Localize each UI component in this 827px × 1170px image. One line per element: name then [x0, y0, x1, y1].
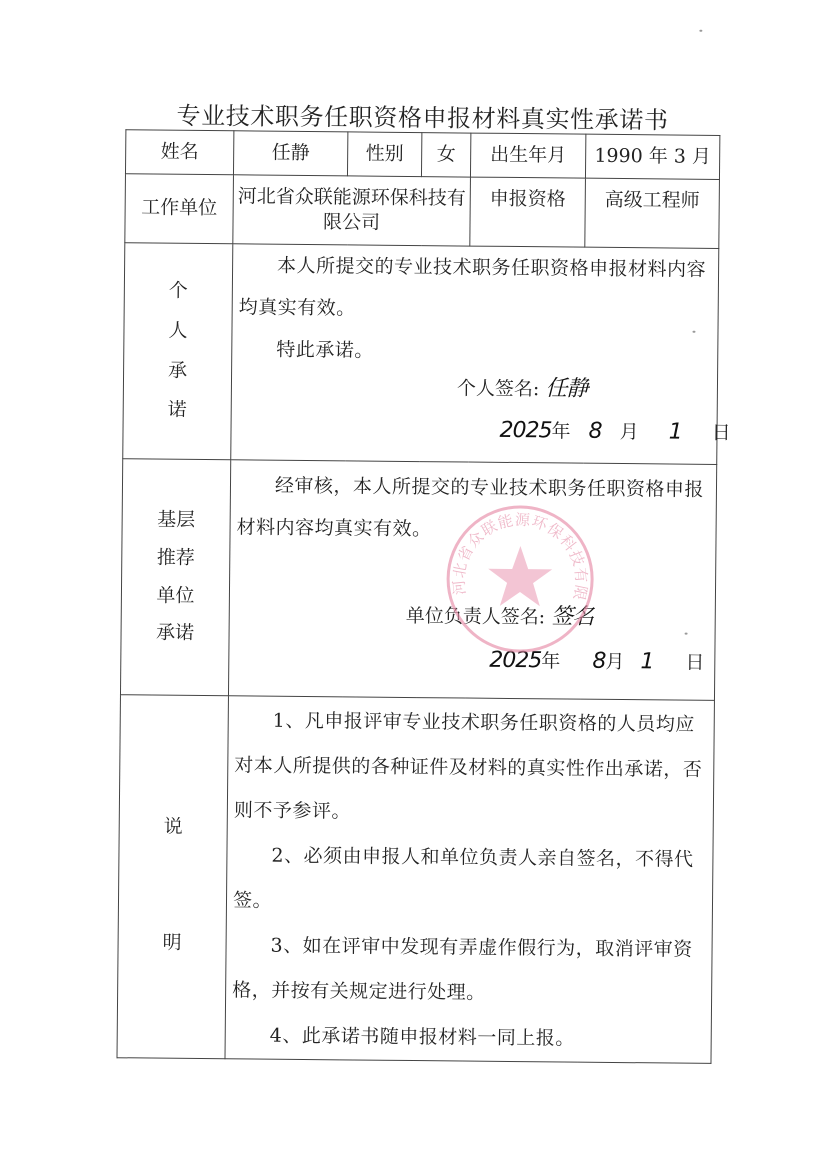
notes-label-cell: 说 明 — [117, 695, 228, 1059]
note-item-1: 1、凡申报评审专业技术职务任职资格的人员均应对本人所提供的各种证件及材料的真实性… — [228, 698, 714, 838]
label-line: 承诺 — [156, 622, 194, 646]
unit-date-year: 2025 — [489, 648, 541, 673]
unit-pledge-text: 经审核，本人所提交的专业技术职务任职资格申报材料内容均真实有效。 — [230, 464, 716, 553]
document-page: 专业技术职务任职资格申报材料真实性承诺书 姓名 任静 性别 女 出生年月 199… — [0, 0, 827, 1170]
scan-speck — [685, 633, 688, 635]
qualification-value: 高级工程师 — [585, 178, 720, 248]
personal-pledge-row: 个 人 承 诺 本人所提交的专业技术职务任职资格申报材料内容均真实有效。 特此承… — [123, 243, 719, 465]
personal-pledge-body: 本人所提交的专业技术职务任职资格申报材料内容均真实有效。 特此承诺。 个人签名:… — [231, 244, 719, 465]
note-item-2: 2、必须由申报人和单位负责人亲自签名，不得代签。 — [227, 833, 713, 928]
unit-date-month: 8 — [592, 649, 605, 674]
personal-signature-handwritten: 任静 — [545, 376, 587, 401]
scan-speck — [692, 331, 695, 333]
gender-value: 女 — [421, 133, 470, 177]
label-line: 单位 — [156, 584, 194, 608]
label-char: 明 — [162, 932, 181, 956]
unit-date-day-unit: 日 — [685, 652, 704, 674]
employer-label: 工作单位 — [125, 174, 234, 244]
unit-pledge-label: 基层 推荐 单位 承诺 — [121, 508, 229, 646]
personal-date-line: 2025年 8 月 1 日 — [499, 417, 730, 447]
unit-pledge-label-cell: 基层 推荐 单位 承诺 — [120, 459, 230, 696]
unit-signature-label: 单位负责人签名: — [406, 605, 546, 628]
personal-signature-line: 个人签名: 任静 — [457, 374, 588, 403]
scan-speck — [699, 30, 702, 32]
notes-label: 说 明 — [118, 815, 226, 956]
unit-pledge-row: 基层 推荐 单位 承诺 经审核，本人所提交的专业技术职务任职资格申报材料内容均真… — [120, 459, 716, 701]
personal-date-month-unit: 月 — [620, 421, 639, 443]
note-item-3: 3、如在评审中发现有弄虚作假行为，取消评审资格，并按有关规定进行处理。 — [226, 923, 712, 1018]
qualification-label: 申报资格 — [470, 177, 586, 247]
name-label: 姓名 — [125, 130, 233, 175]
applicant-row-1: 姓名 任静 性别 女 出生年月 1990 年 3 月 — [125, 130, 719, 180]
unit-signature-handwritten: 签名 — [551, 604, 593, 629]
personal-date-year-unit: 年 — [551, 420, 570, 442]
note-item-4: 4、此承诺书随申报材料一同上报。 — [225, 1013, 710, 1063]
name-value: 任静 — [233, 131, 347, 176]
label-char: 人 — [168, 319, 187, 343]
unit-date-line: 2025年 8月 1 日 — [489, 647, 704, 677]
unit-pledge-body: 经审核，本人所提交的专业技术职务任职资格申报材料内容均真实有效。 单位负责人签名… — [228, 460, 716, 701]
personal-date-year: 2025 — [499, 418, 551, 443]
unit-date-month-unit: 月 — [605, 651, 624, 673]
birth-label: 出生年月 — [470, 133, 585, 178]
employer-value: 河北省众联能源环保科技有限公司 — [233, 175, 471, 246]
label-char: 个 — [169, 280, 188, 304]
notes-row: 说 明 1、凡申报评审专业技术职务任职资格的人员均应对本人所提供的各种证件及材料… — [117, 695, 714, 1064]
pledge-form-table: 姓名 任静 性别 女 出生年月 1990 年 3 月 工作单位 河北省众联能源环… — [116, 129, 720, 1064]
employer-value-text: 河北省众联能源环保科技有限公司 — [238, 186, 466, 234]
unit-date-day: 1 — [640, 649, 653, 674]
unit-signature-line: 单位负责人签名: 签名 — [406, 602, 594, 631]
applicant-row-2: 工作单位 河北省众联能源环保科技有限公司 申报资格 高级工程师 — [125, 174, 720, 249]
personal-pledge-label-cell: 个 人 承 诺 — [123, 243, 233, 460]
personal-date-month: 8 — [588, 419, 601, 444]
label-char: 说 — [164, 816, 183, 840]
label-char: 承 — [168, 359, 187, 383]
label-line: 基层 — [157, 509, 195, 533]
personal-pledge-closing: 特此承诺。 — [232, 328, 717, 375]
label-char: 诺 — [168, 399, 187, 423]
unit-date-year-unit: 年 — [541, 650, 560, 672]
notes-body: 1、凡申报评审专业技术职务任职资格的人员均应对本人所提供的各种证件及材料的真实性… — [225, 696, 714, 1064]
personal-pledge-text: 本人所提交的专业技术职务任职资格申报材料内容均真实有效。 — [233, 244, 719, 333]
label-line: 推荐 — [157, 546, 195, 570]
personal-signature-label: 个人签名: — [457, 377, 540, 400]
personal-date-day: 1 — [669, 419, 682, 444]
gender-label: 性别 — [347, 132, 421, 177]
birth-value: 1990 年 3 月 — [585, 134, 719, 179]
personal-date-day-unit: 日 — [712, 422, 731, 444]
personal-pledge-label: 个 人 承 诺 — [124, 279, 232, 423]
